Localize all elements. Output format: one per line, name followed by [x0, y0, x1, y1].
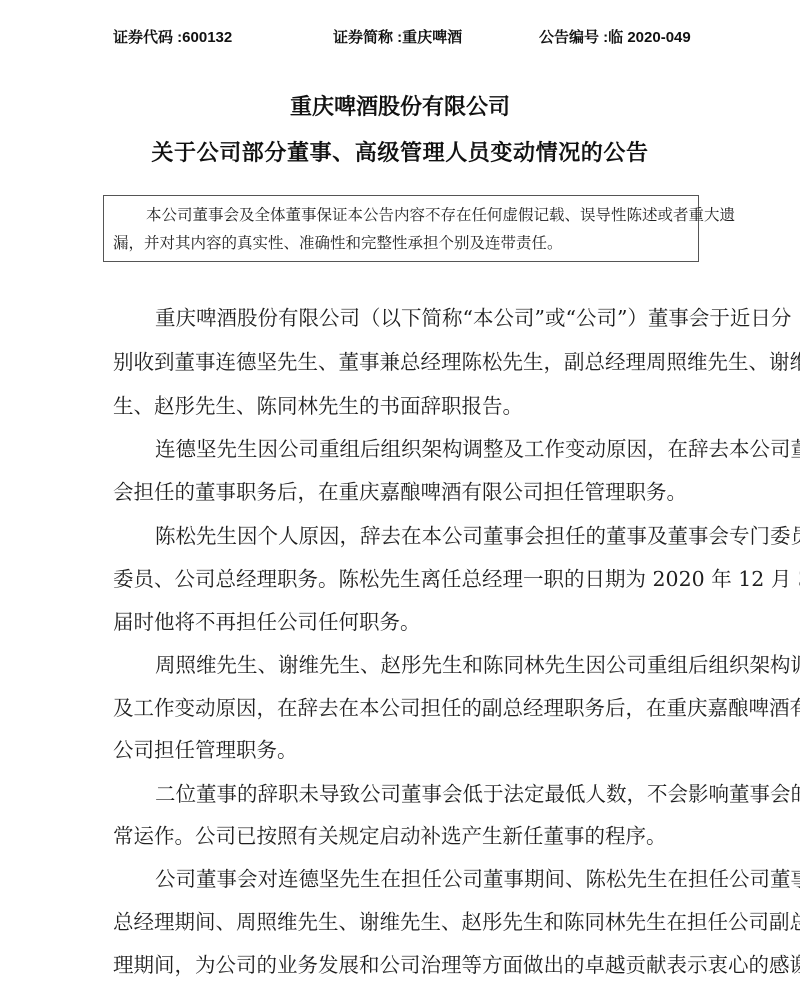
disclaimer-line: 漏，并对其内容的真实性、准确性和完整性承担个别及连带责任。	[113, 233, 563, 253]
stock-code: 证券代码 :600132	[113, 27, 232, 49]
paragraph-2-line: 连德坚先生因公司重组后组织架构调整及工作变动原因，在辞去本公司董事	[155, 436, 800, 462]
paragraph-4-line: 公司担任管理职务。	[113, 737, 298, 763]
paragraph-6-line: 理期间，为公司的业务发展和公司治理等方面做出的卓越贡献表示衷心的感谢。	[113, 952, 800, 978]
announcement-subject: 关于公司部分董事、高级管理人员变动情况的公告	[0, 138, 800, 170]
paragraph-3-line: 届时他将不再担任公司任何职务。	[113, 609, 421, 635]
stock-name: 证券简称 :重庆啤酒	[333, 27, 462, 49]
paragraph-5-line: 二位董事的辞职未导致公司董事会低于法定最低人数，不会影响董事会的正	[155, 781, 800, 807]
announcement-number: 公告编号 :临 2020-049	[539, 27, 691, 49]
paragraph-5-line: 常运作。公司已按照有关规定启动补选产生新任董事的程序。	[113, 823, 667, 849]
paragraph-6-line: 公司董事会对连德坚先生在担任公司董事期间、陈松先生在担任公司董事兼	[155, 866, 800, 892]
paragraph-4-line: 周照维先生、谢维先生、赵彤先生和陈同林先生因公司重组后组织架构调整	[155, 652, 800, 678]
paragraph-1-line: 生、赵彤先生、陈同林先生的书面辞职报告。	[113, 393, 523, 419]
company-title: 重庆啤酒股份有限公司	[0, 92, 800, 124]
paragraph-3-line: 陈松先生因个人原因，辞去在本公司董事会担任的董事及董事会专门委员会	[155, 523, 800, 549]
paragraph-3-line: 委员、公司总经理职务。陈松先生离任总经理一职的日期为 2020 年 12 月 3…	[113, 566, 800, 592]
paragraph-6-line: 总经理期间、周照维先生、谢维先生、赵彤先生和陈同林先生在担任公司副总经	[113, 909, 800, 935]
paragraph-1-line: 别收到董事连德坚先生、董事兼总经理陈松先生，副总经理周照维先生、谢维先	[113, 349, 800, 375]
paragraph-1-line: 重庆啤酒股份有限公司（以下简称“本公司”或“公司”）董事会于近日分	[155, 305, 791, 331]
paragraph-4-line: 及工作变动原因，在辞去在本公司担任的副总经理职务后，在重庆嘉酿啤酒有限	[113, 695, 800, 721]
paragraph-2-line: 会担任的董事职务后，在重庆嘉酿啤酒有限公司担任管理职务。	[113, 479, 687, 505]
disclaimer-line: 本公司董事会及全体董事保证本公告内容不存在任何虚假记载、误导性陈述或者重大遗	[146, 205, 735, 225]
